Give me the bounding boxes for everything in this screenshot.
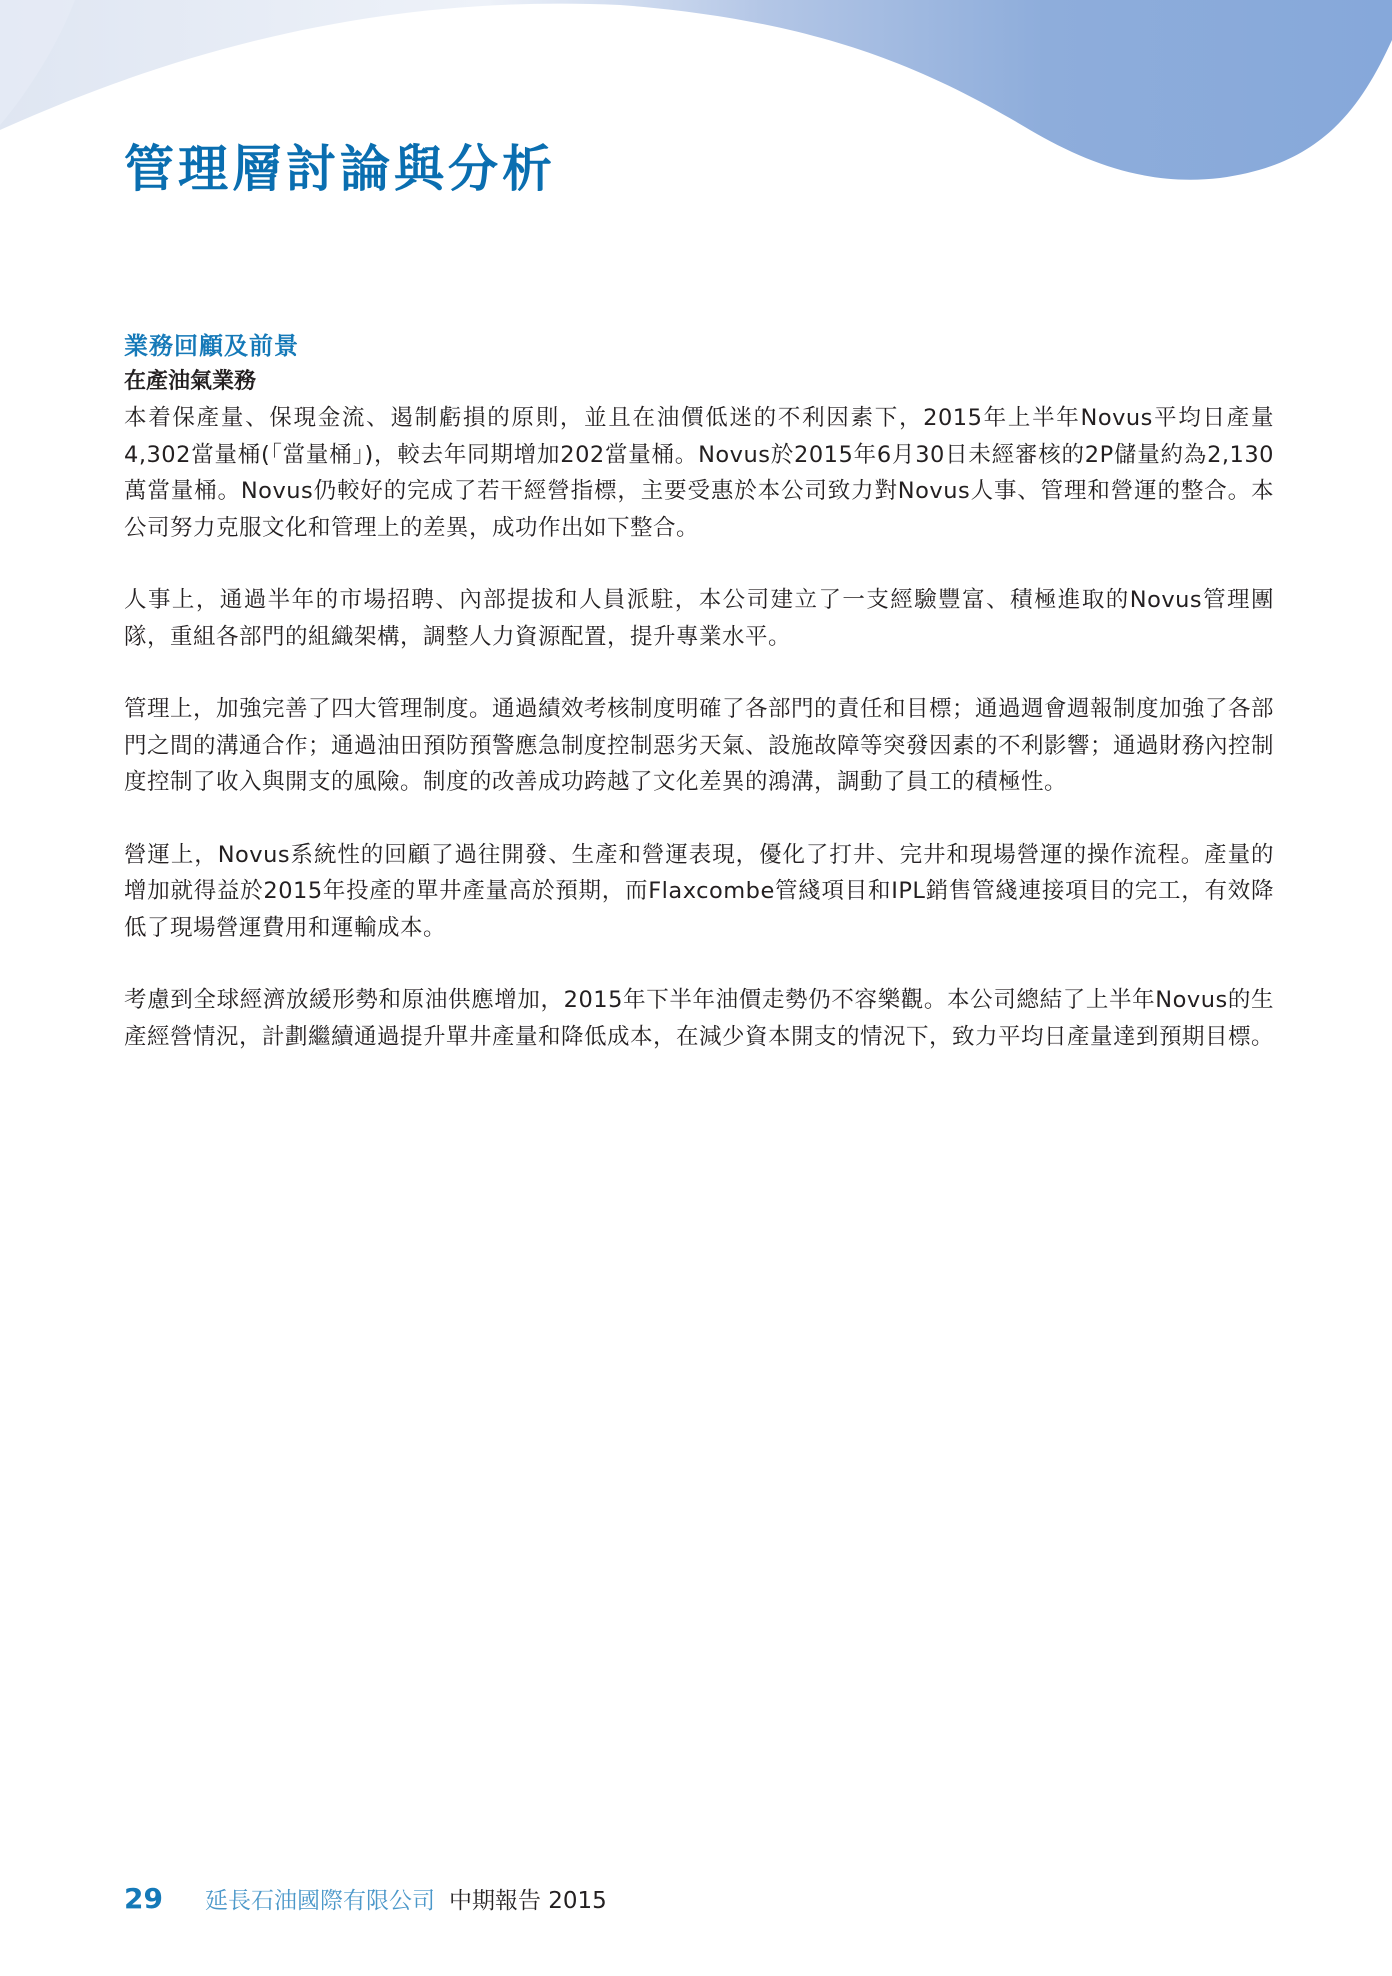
paragraph-personnel: 人事上，通過半年的市場招聘、內部提拔和人員派駐，本公司建立了一支經驗豐富、積極進… [124, 582, 1274, 655]
subsection-heading: 在產油氣業務 [124, 364, 1274, 400]
page-number: 29 [124, 1882, 163, 1915]
report-name: 中期報告 2015 [449, 1882, 607, 1915]
header-wave-decoration [0, 0, 1392, 260]
main-content: 業務回顧及前景 在產油氣業務 本着保產量、保現金流、遏制虧損的原則，並且在油價低… [124, 328, 1274, 1091]
page-footer: 29 延長石油國際有限公司 中期報告 2015 [124, 1882, 607, 1915]
section-heading: 業務回顧及前景 [124, 328, 1274, 364]
page-title: 管理層討論與分析 [124, 144, 556, 194]
paragraph-operations: 營運上，Novus系統性的回顧了過往開發、生產和營運表現，優化了打井、完井和現場… [124, 837, 1274, 947]
company-name: 延長石油國際有限公司 [205, 1882, 435, 1915]
paragraph-outlook: 考慮到全球經濟放緩形勢和原油供應增加，2015年下半年油價走勢仍不容樂觀。本公司… [124, 982, 1274, 1055]
paragraph-management: 管理上，加強完善了四大管理制度。通過績效考核制度明確了各部門的責任和目標；通過週… [124, 691, 1274, 801]
paragraph-overview: 本着保產量、保現金流、遏制虧損的原則，並且在油價低迷的不利因素下，2015年上半… [124, 400, 1274, 546]
